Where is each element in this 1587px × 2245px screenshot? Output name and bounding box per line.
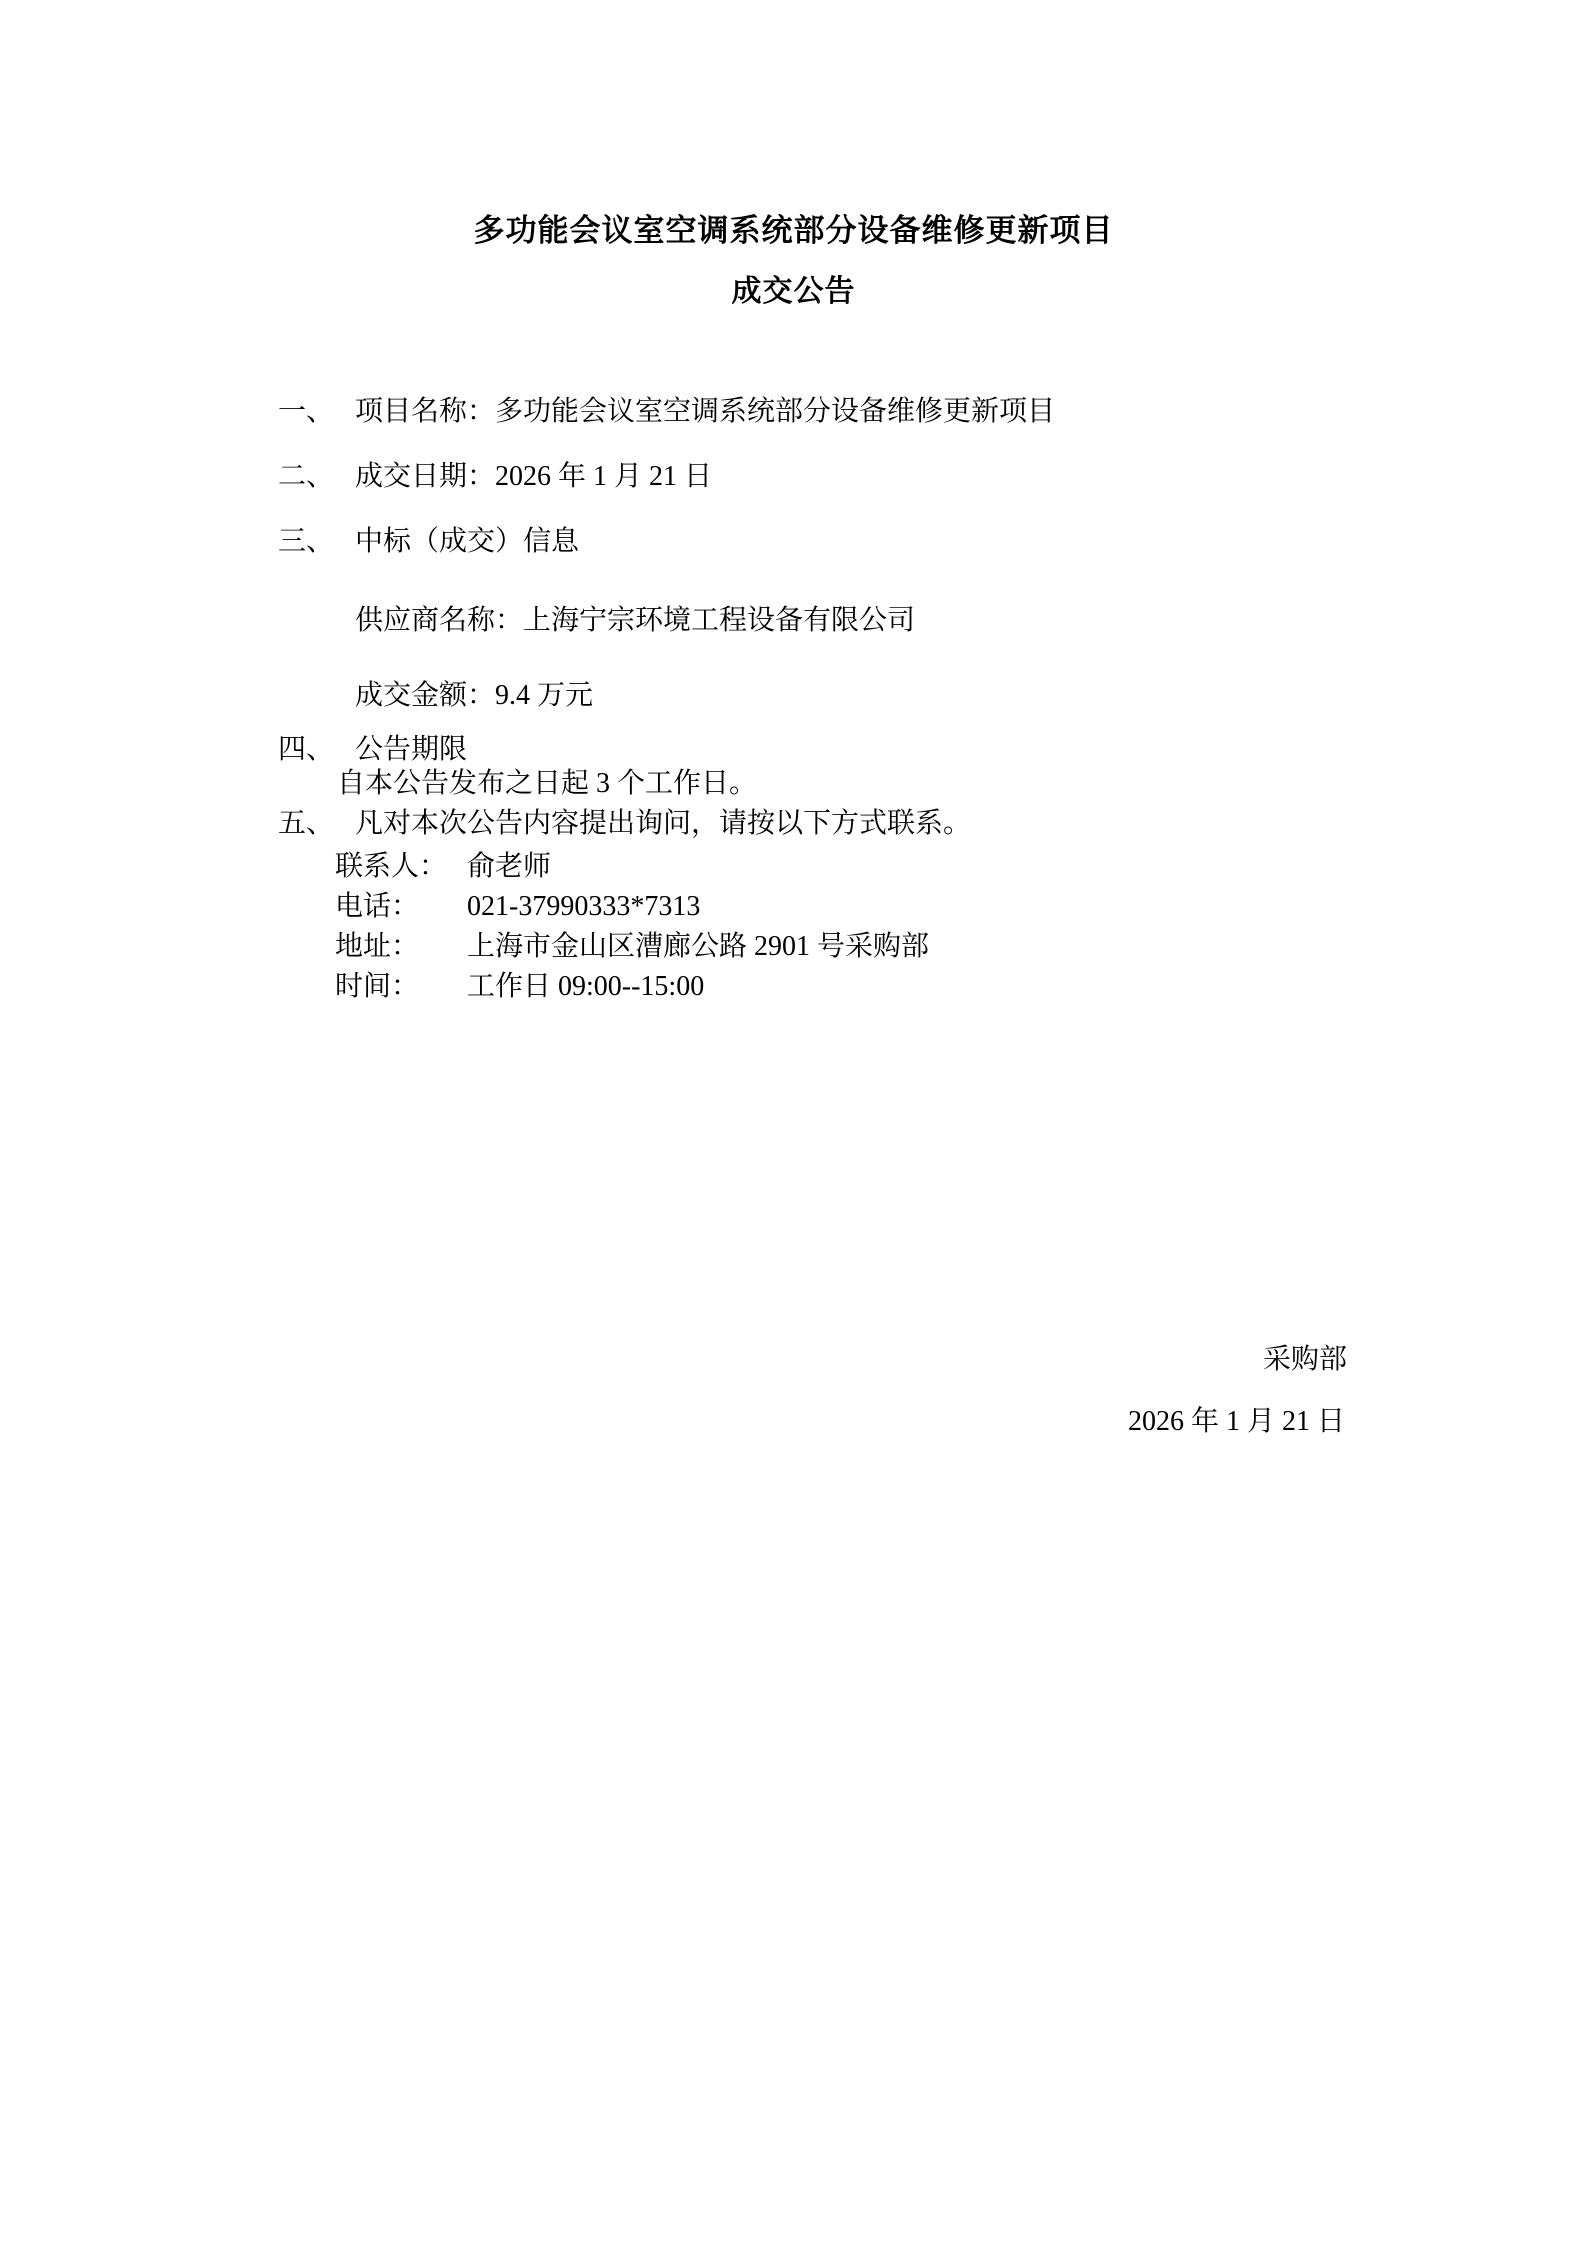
signature-department: 采购部	[1263, 1337, 1347, 1377]
contact-row-person: 联系人： 俞老师	[335, 851, 551, 883]
list-item-text: 凡对本次公告内容提出询问，请按以下方式联系。	[355, 808, 971, 840]
list-item-project-name: 一、 项目名称：多功能会议室空调系统部分设备维修更新项目	[278, 396, 1055, 428]
document-title: 多功能会议室空调系统部分设备维修更新项目	[0, 205, 1587, 250]
list-item-text: 公告期限	[355, 734, 467, 766]
contact-value: 上海市金山区漕廊公路 2901 号采购部	[467, 931, 929, 963]
contact-label: 地址：	[335, 931, 467, 963]
contact-value: 俞老师	[467, 851, 551, 883]
list-item-number: 二、	[278, 461, 355, 493]
contact-label: 联系人：	[335, 851, 467, 883]
contact-value: 021-37990333*7313	[467, 891, 700, 923]
award-amount-line: 成交金额：9.4 万元	[355, 680, 593, 712]
list-item-text: 中标（成交）信息	[355, 526, 579, 558]
list-item-number: 一、	[278, 396, 355, 428]
contact-label: 电话：	[335, 891, 467, 923]
list-item-number: 四、	[278, 734, 355, 766]
contact-row-time: 时间： 工作日 09:00--15:00	[335, 971, 704, 1003]
supplier-name-line: 供应商名称：上海宁宗环境工程设备有限公司	[355, 605, 915, 637]
signature-date: 2026 年 1 月 21 日	[1128, 1399, 1345, 1439]
contact-value: 工作日 09:00--15:00	[467, 971, 704, 1003]
notice-period-text: 自本公告发布之日起 3 个工作日。	[337, 768, 757, 800]
list-item-award-date: 二、 成交日期：2026 年 1 月 21 日	[278, 461, 712, 493]
document-page: 多功能会议室空调系统部分设备维修更新项目 成交公告 一、 项目名称：多功能会议室…	[0, 0, 1587, 2245]
list-item-text: 成交日期：2026 年 1 月 21 日	[355, 461, 712, 493]
contact-row-phone: 电话： 021-37990333*7313	[335, 891, 700, 923]
contact-row-address: 地址： 上海市金山区漕廊公路 2901 号采购部	[335, 931, 929, 963]
list-item-number: 三、	[278, 526, 355, 558]
document-subtitle: 成交公告	[0, 266, 1587, 310]
list-item-award-info: 三、 中标（成交）信息	[278, 526, 579, 558]
contact-label: 时间：	[335, 971, 467, 1003]
list-item-inquiry: 五、 凡对本次公告内容提出询问，请按以下方式联系。	[278, 808, 971, 840]
list-item-text: 项目名称：多功能会议室空调系统部分设备维修更新项目	[355, 396, 1055, 428]
list-item-number: 五、	[278, 808, 355, 840]
list-item-notice-period: 四、 公告期限	[278, 734, 467, 766]
